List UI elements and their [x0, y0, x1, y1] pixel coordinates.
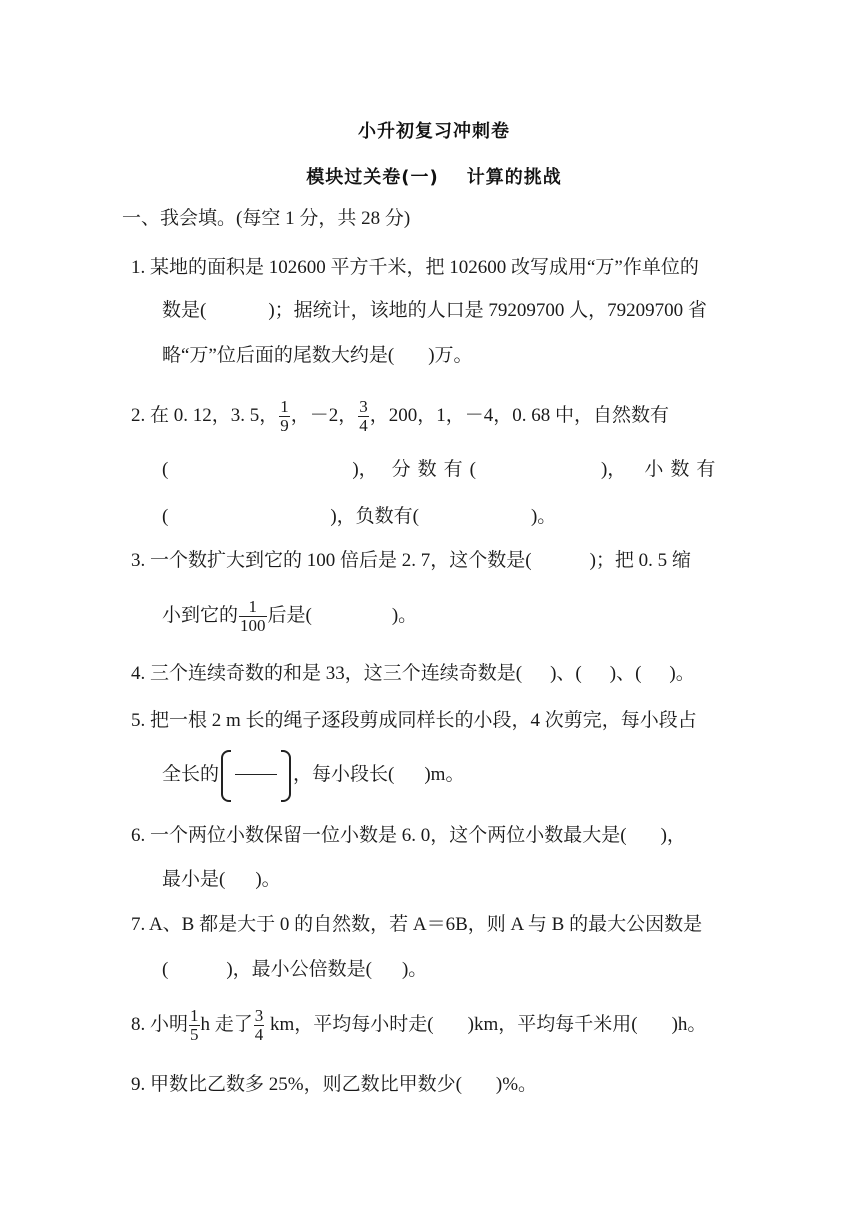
q2-text: 2. 在 0. 12，3. 5，: [131, 405, 278, 426]
q8-text: 8. 小明: [131, 1014, 188, 1035]
numerator: 1: [189, 1007, 200, 1026]
fraction: 1100: [239, 598, 267, 635]
q4-text: )、(: [550, 663, 582, 684]
q2-text: 分数有(: [392, 459, 483, 480]
q2-text: ，200，1，－4，0. 68 中，自然数有: [370, 405, 669, 426]
q5-text: )m。: [424, 764, 464, 785]
q1-text: )；据统计，该地的人口是 79209700 人，79209700 省: [268, 300, 707, 321]
q9-text: )%。: [496, 1074, 537, 1095]
q6-text: )，: [661, 825, 686, 846]
fraction: 34: [358, 398, 369, 435]
q3-text: 小到它的: [162, 605, 238, 626]
q1-text: 数是(: [162, 300, 206, 321]
q6-text: 最小是(: [162, 869, 225, 890]
q9-text: 9. 甲数比乙数多 25%，则乙数比甲数少(: [131, 1074, 462, 1095]
q8-text: )km，平均每千米用(: [468, 1014, 638, 1035]
denominator: 5: [189, 1026, 200, 1044]
question-5-line-1: 5. 把一根 2 m 长的绳子逐段剪成同样长的小段，4 次剪完，每小段占: [131, 709, 697, 733]
numerator: 3: [254, 1007, 265, 1026]
q6-text: 6. 一个两位小数保留一位小数是 6. 0，这个两位小数最大是(: [131, 825, 627, 846]
q4-text: )。: [669, 663, 694, 684]
q3-text: 后是(: [268, 605, 312, 626]
q7-text: (: [162, 959, 168, 980]
question-3-line-1: 3. 一个数扩大到它的 100 倍后是 2. 7，这个数是()；把 0. 5 缩: [131, 549, 691, 573]
q1-text: )万。: [428, 345, 472, 366]
question-6-line-2: 最小是()。: [162, 868, 281, 892]
question-1-line-2: 数是()；据统计，该地的人口是 79209700 人，79209700 省: [162, 299, 707, 323]
q7-text: )。: [402, 959, 427, 980]
question-9: 9. 甲数比乙数多 25%，则乙数比甲数少()%。: [131, 1073, 537, 1097]
q2-text: )，负数有(: [330, 506, 419, 527]
section-heading: 一、我会填。(每空 1 分，共 28 分): [122, 207, 410, 231]
q2-text: 小数有: [644, 459, 722, 480]
fraction: 34: [254, 1007, 265, 1044]
q8-text: h 走了: [201, 1014, 253, 1035]
question-1-line-3: 略“万”位后面的尾数大约是()万。: [162, 344, 473, 368]
q2-text: )，: [352, 459, 377, 480]
denominator: 100: [239, 617, 267, 635]
question-4: 4. 三个连续奇数的和是 33，这三个连续奇数是()、()、()。: [131, 662, 695, 686]
exam-subtitle: 模块过关卷(一)计算的挑战: [0, 163, 868, 189]
question-8: 8. 小明15h 走了34 km，平均每小时走()km，平均每千米用()h。: [131, 1003, 706, 1047]
right-bracket: [281, 750, 291, 802]
q7-text: )，最小公倍数是(: [226, 959, 372, 980]
subtitle-module: 模块过关卷(一): [306, 167, 438, 188]
denominator: 9: [279, 417, 290, 435]
numerator: 1: [279, 398, 290, 417]
q2-text: )，: [601, 459, 626, 480]
fraction: 19: [279, 398, 290, 435]
q6-text: )。: [255, 869, 280, 890]
q8-text: )h。: [672, 1014, 707, 1035]
q8-text: km，平均每小时走(: [265, 1014, 433, 1035]
numerator: 3: [358, 398, 369, 417]
question-5-line-2: 全长的，每小段长()m。: [162, 750, 464, 800]
q2-text: ，－2，: [291, 405, 358, 426]
q2-text: (: [162, 506, 168, 527]
q5-text: 全长的: [162, 764, 219, 785]
q3-text: )。: [392, 605, 417, 626]
q2-text: )。: [531, 506, 556, 527]
q3-text: )；把 0. 5 缩: [590, 550, 691, 571]
numerator: 1: [239, 598, 267, 617]
question-2-line-3: ()，负数有()。: [162, 505, 556, 529]
question-1-line-1: 1. 某地的面积是 102600 平方千米，把 102600 改写成用“万”作单…: [131, 256, 699, 280]
q3-text: 3. 一个数扩大到它的 100 倍后是 2. 7，这个数是(: [131, 550, 532, 571]
question-6-line-1: 6. 一个两位小数保留一位小数是 6. 0，这个两位小数最大是()，: [131, 824, 686, 848]
question-2-line-1: 2. 在 0. 12，3. 5，19，－2，34，200，1，－4，0. 68 …: [131, 394, 669, 438]
question-7-line-2: ()，最小公倍数是()。: [162, 958, 427, 982]
subtitle-topic: 计算的挑战: [467, 167, 562, 188]
fraction-bar: [235, 774, 277, 775]
denominator: 4: [254, 1026, 265, 1044]
fraction-answer-box[interactable]: [221, 750, 291, 800]
question-7-line-1: 7. A、B 都是大于 0 的自然数，若 A＝6B，则 A 与 B 的最大公因数…: [131, 913, 702, 937]
q4-text: )、(: [610, 663, 642, 684]
exam-title: 小升初复习冲刺卷: [0, 117, 868, 143]
q5-text: ，每小段长(: [293, 764, 394, 785]
q4-text: 4. 三个连续奇数的和是 33，这三个连续奇数是(: [131, 663, 522, 684]
fraction: 15: [189, 1007, 200, 1044]
q1-text: 略“万”位后面的尾数大约是(: [162, 345, 394, 366]
q2-text: (: [162, 459, 168, 480]
question-3-line-2: 小到它的1100后是()。: [162, 594, 417, 638]
question-2-line-2: ()，分数有()，小数有: [162, 458, 738, 482]
denominator: 4: [358, 417, 369, 435]
left-bracket: [221, 750, 231, 802]
